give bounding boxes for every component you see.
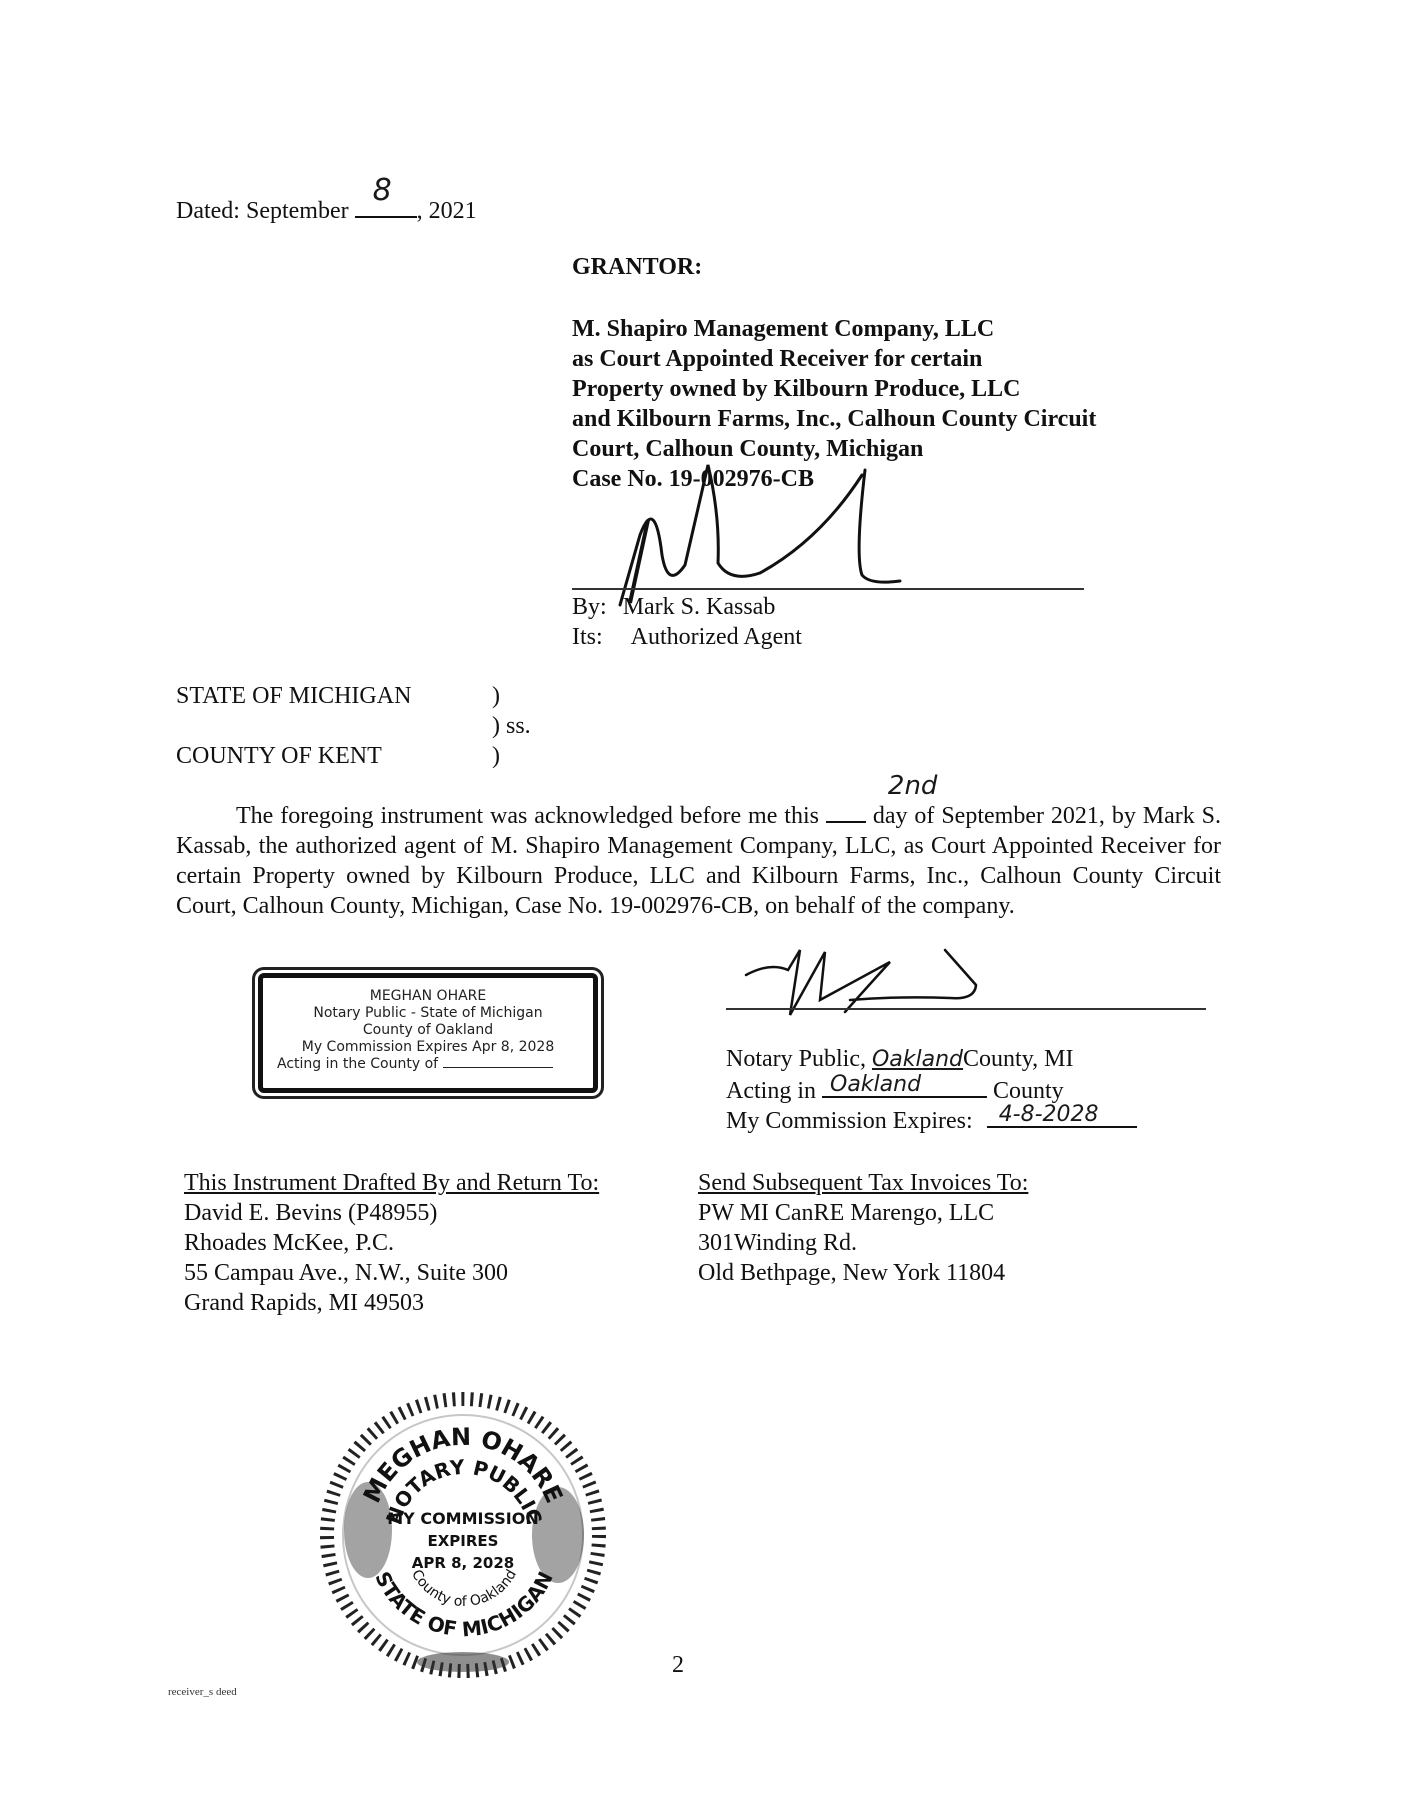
notary-acting-handwritten: Oakland	[830, 1070, 921, 1100]
venue-paren-ss: ) ss.	[492, 711, 531, 741]
drafted-by-block: This Instrument Drafted By and Return To…	[184, 1168, 599, 1318]
notary-rubber-stamp: MEGHAN OHARE Notary Public - State of Mi…	[258, 973, 598, 1093]
dated-day-blank: 8	[355, 192, 417, 218]
venue-county: COUNTY OF KENT	[176, 741, 382, 771]
by-name: Mark S. Kassab	[623, 594, 776, 620]
tax-invoices-line: PW MI CanRE Marengo, LLC	[698, 1198, 1028, 1228]
drafted-by-line: David E. Bevins (P48955)	[184, 1198, 599, 1228]
notary-embossed-seal: MEGHAN OHARE NOTARY PUBLIC MY COMMISSION…	[318, 1390, 608, 1680]
its-label: Its:	[572, 624, 603, 650]
ack-line1-before: The foregoing instrument was acknowledge…	[236, 803, 819, 829]
svg-text:County of Oakland: County of Oakland	[408, 1567, 520, 1610]
stamp-acting: Acting in the County of	[263, 1056, 593, 1073]
venue-state: STATE OF MICHIGAN	[176, 681, 411, 711]
drafted-by-line: Rhoades McKee, P.C.	[184, 1228, 599, 1258]
drafted-by-line: 55 Campau Ave., N.W., Suite 300	[184, 1258, 599, 1288]
notary-acting-blank: Oakland	[822, 1074, 987, 1098]
grantor-line: as Court Appointed Receiver for certain	[572, 344, 1096, 374]
tax-invoices-line: 301Winding Rd.	[698, 1228, 1028, 1258]
notary-expires-line: My Commission Expires: 4-8-2028	[726, 1104, 1137, 1136]
tax-invoices-line: Old Bethpage, New York 11804	[698, 1258, 1028, 1288]
svg-text:EXPIRES: EXPIRES	[428, 1532, 499, 1550]
drafted-by-heading: This Instrument Drafted By and Return To…	[184, 1168, 599, 1198]
svg-text:MY COMMISSION: MY COMMISSION	[387, 1509, 539, 1528]
dated-line: Dated: September 8 , 2021	[176, 192, 477, 226]
grantor-heading: GRANTOR:	[572, 252, 702, 282]
by-label: By:	[572, 594, 607, 620]
stamp-county: County of Oakland	[263, 1022, 593, 1039]
drafted-by-line: Grand Rapids, MI 49503	[184, 1288, 599, 1318]
by-line: By: Mark S. Kassab	[572, 592, 775, 622]
tax-invoices-heading: Send Subsequent Tax Invoices To:	[698, 1168, 1028, 1198]
ack-day-handwritten: 2nd	[828, 771, 938, 801]
notary-county-handwritten: Oakland	[872, 1047, 963, 1072]
venue-paren-top: )	[492, 681, 500, 711]
dated-year: , 2021	[417, 198, 477, 224]
ack-line1-after: day of September 2021,	[873, 803, 1105, 829]
grantor-line: M. Shapiro Management Company, LLC	[572, 314, 1096, 344]
svg-text:APR 8, 2028: APR 8, 2028	[412, 1554, 514, 1572]
ack-day-blank: 2nd	[826, 797, 866, 823]
acknowledgment-paragraph: The foregoing instrument was acknowledge…	[176, 797, 1221, 921]
grantor-signature	[600, 445, 960, 610]
its-line: Its: Authorized Agent	[572, 622, 802, 652]
document-footer-label: receiver_s deed	[168, 1686, 237, 1698]
dated-day-handwritten: 8	[373, 176, 392, 206]
grantor-line: and Kilbourn Farms, Inc., Calhoun County…	[572, 404, 1096, 434]
grantor-signature-line	[572, 588, 1084, 590]
notary-expires-blank: 4-8-2028	[987, 1104, 1137, 1128]
notary-expires-handwritten: 4-8-2028	[999, 1100, 1099, 1130]
tax-invoices-block: Send Subsequent Tax Invoices To: PW MI C…	[698, 1168, 1028, 1288]
grantor-line: Property owned by Kilbourn Produce, LLC	[572, 374, 1096, 404]
stamp-name: MEGHAN OHARE	[263, 988, 593, 1005]
stamp-expires: My Commission Expires Apr 8, 2028	[263, 1039, 593, 1056]
dated-label: Dated: September	[176, 198, 349, 224]
page-number: 2	[672, 1650, 684, 1680]
venue-paren-bottom: )	[492, 741, 500, 771]
notary-signature-line	[726, 1008, 1206, 1010]
stamp-title: Notary Public - State of Michigan	[263, 1005, 593, 1022]
its-value: Authorized Agent	[631, 624, 802, 650]
